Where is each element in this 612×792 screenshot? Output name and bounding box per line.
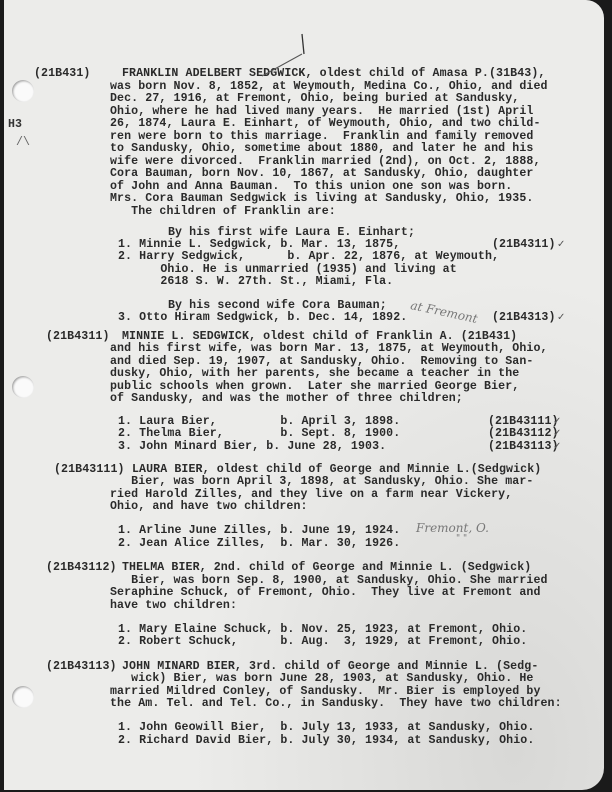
entry-line: Dec. 27, 1916, at Fremont, Ohio, being b… [110,93,519,106]
punch-hole [12,80,34,102]
child-line: 3. Otto Hiram Sedgwick, b. Dec. 14, 1892… [118,312,407,325]
entry-line: 26, 1874, Laura E. Einhart, of Weymouth,… [110,118,541,131]
punch-hole [12,686,34,708]
entry-line: wick) Bier, was born June 28, 1903, at S… [110,673,533,686]
child-ref: (21B4311) [492,239,556,252]
child-ref: (21B4313) [492,312,556,325]
entry-line: Cora Bauman, born Nov. 10, 1867, at Sand… [110,168,533,181]
document-page: H3 /\ (21B431) FRANKLIN ADELBERT SEDGWIC… [4,0,604,790]
entry-line: dusky, Ohio, with her parents, she becam… [110,368,519,381]
entry-line: Seraphine Schuck, of Fremont, Ohio. They… [110,587,541,600]
entry-id: (21B43112) [46,562,117,575]
entry-line: and his first wife, was born Mar. 13, 18… [110,343,548,356]
entry-line: to Sandusky, Ohio, sometime about 1880, … [110,143,533,156]
pen-mark-icon [254,32,314,82]
entry-line: the Am. Tel. and Tel. Co., in Sandusky. … [110,698,562,711]
child-line: 2. Thelma Bier, b. Sept. 8, 1900. [118,428,400,441]
entry-line: Mrs. Cora Bauman Sedgwick is living at S… [110,193,533,206]
check-mark-icon: ✓ [553,441,561,452]
child-line: 3. John Minard Bier, b. June 28, 1903. [118,441,386,454]
child-line: 2618 S. W. 27th. St., Miami, Fla. [118,276,393,289]
child-line: 2. Richard David Bier, b. July 30, 1934,… [118,735,534,748]
entry-line: Ohio, and have two children: [110,501,308,514]
entry-line: Bier, was born April 3, 1898, at Sandusk… [110,476,533,489]
child-line: 2. Jean Alice Zilles, b. Mar. 30, 1926. [118,538,400,551]
entry-line: of Sandusky, and was the mother of three… [110,393,463,406]
entry-line: have two children: [110,600,237,613]
child-line: 1. John Geowill Bier, b. July 13, 1933, … [118,722,534,735]
check-mark-icon: ✓ [553,428,561,439]
child-ref: (21B43112) [488,428,559,441]
margin-mark: /\ [16,136,30,149]
child-line: 1. Arline June Zilles, b. June 19, 1924. [118,525,400,538]
entry-line: The children of Franklin are: [110,206,336,219]
entry-id: (21B431) [34,68,90,81]
child-line: 2. Robert Schuck, b. Aug. 3, 1929, at Fr… [118,636,527,649]
entry-id: (21B43113) [46,661,117,674]
margin-note: H3 [8,118,22,131]
check-mark-icon: ✓ [557,312,565,323]
ditto-mark: " " [456,534,467,544]
entry-line: THELMA BIER, 2nd. child of George and Mi… [122,562,531,575]
check-mark-icon: ✓ [557,239,565,250]
entry-line: FRANKLIN ADELBERT SEDGWICK, oldest child… [122,68,545,81]
handwritten-note: at Fremont [409,298,479,326]
handwritten-note: Fremont, O. [416,521,489,535]
punch-hole [12,376,34,398]
child-line: 2. Harry Sedgwick, b. Apr. 22, 1876, at … [118,251,499,264]
check-mark-icon: ✓ [553,416,561,427]
child-ref: (21B43113) [488,441,559,454]
entry-id: (21B4311) [46,331,110,344]
